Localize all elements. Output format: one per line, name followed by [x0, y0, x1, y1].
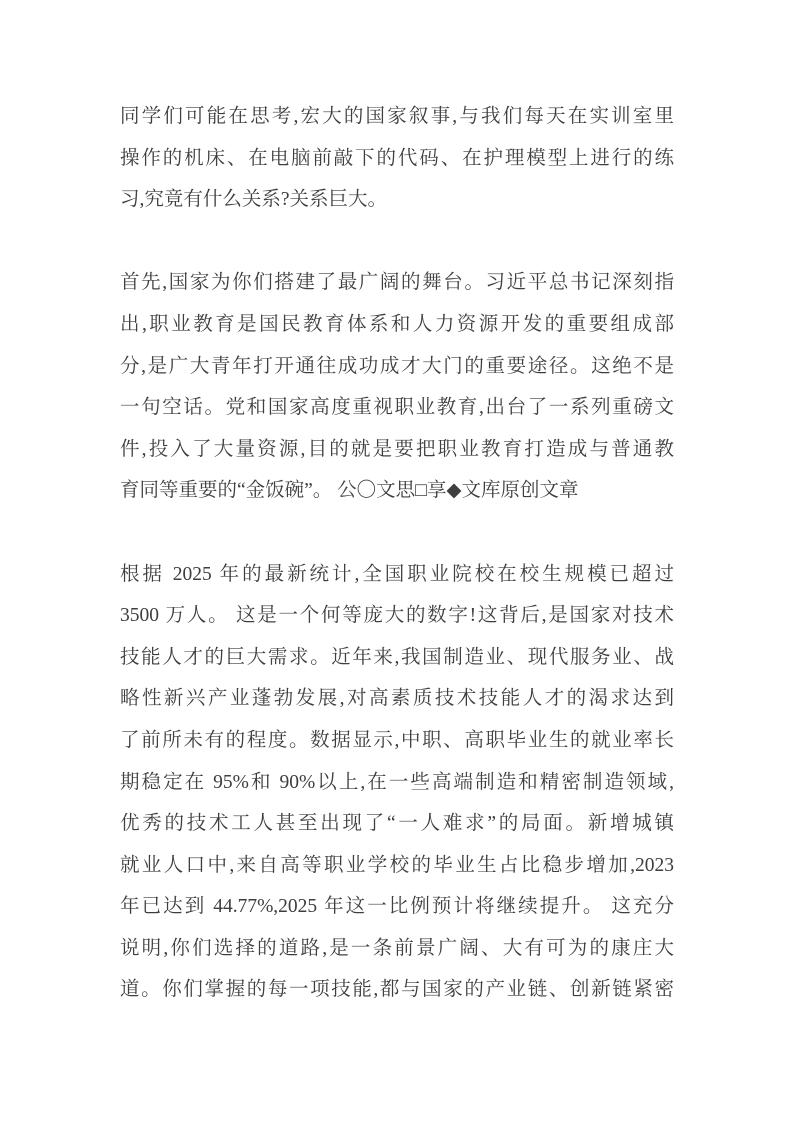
text-line: 一句空话。党和国家高度重视职业教育,出台了一系列重磅文	[120, 387, 674, 429]
text-line: 习,究竟有什么关系?关系巨大。	[120, 179, 674, 221]
text-line: 就业人口中,来自高等职业学校的毕业生占比稳步增加,2023	[120, 845, 674, 887]
paragraph-1: 同学们可能在思考,宏大的国家叙事,与我们每天在实训室里 操作的机床、在电脑前敲下…	[120, 96, 674, 221]
text-line: 出,职业教育是国民教育体系和人力资源开发的重要组成部	[120, 304, 674, 346]
text-line: 略性新兴产业蓬勃发展,对高素质技术技能人才的渴求达到	[120, 678, 674, 720]
text-line: 首先,国家为你们搭建了最广阔的舞台。习近平总书记深刻指	[120, 262, 674, 304]
text-line: 分,是广大青年打开通往成功成才大门的重要途径。这绝不是	[120, 346, 674, 388]
text-line: 道。你们掌握的每一项技能,都与国家的产业链、创新链紧密	[120, 969, 674, 1011]
text-line: 说明,你们选择的道路,是一条前景广阔、大有可为的康庄大	[120, 928, 674, 970]
text-line: 技能人才的巨大需求。近年来,我国制造业、现代服务业、战	[120, 637, 674, 679]
text-line: 操作的机床、在电脑前敲下的代码、在护理模型上进行的练	[120, 138, 674, 180]
text-line: 根据 2025 年的最新统计,全国职业院校在校生规模已超过	[120, 554, 674, 596]
text-line: 年已达到 44.77%,2025 年这一比例预计将继续提升。 这充分	[120, 886, 674, 928]
document-page: 同学们可能在思考,宏大的国家叙事,与我们每天在实训室里 操作的机床、在电脑前敲下…	[0, 0, 793, 1122]
text-line: 3500 万人。 这是一个何等庞大的数字!这背后,是国家对技术	[120, 595, 674, 637]
paragraph-2: 首先,国家为你们搭建了最广阔的舞台。习近平总书记深刻指 出,职业教育是国民教育体…	[120, 262, 674, 512]
text-line: 育同等重要的“金饭碗”。 公〇文思□享◆文库原创文章	[120, 470, 674, 512]
text-line: 了前所未有的程度。数据显示,中职、高职毕业生的就业率长	[120, 720, 674, 762]
text-line: 优秀的技术工人甚至出现了“一人难求”的局面。新增城镇	[120, 803, 674, 845]
text-line: 件,投入了大量资源,目的就是要把职业教育打造成与普通教	[120, 429, 674, 471]
paragraph-3: 根据 2025 年的最新统计,全国职业院校在校生规模已超过 3500 万人。 这…	[120, 554, 674, 1012]
document-canvas: { "document": { "page_background": "#fff…	[0, 0, 793, 1122]
text-line: 期稳定在 95%和 90%以上,在一些高端制造和精密制造领域,	[120, 762, 674, 804]
text-line: 同学们可能在思考,宏大的国家叙事,与我们每天在实训室里	[120, 96, 674, 138]
